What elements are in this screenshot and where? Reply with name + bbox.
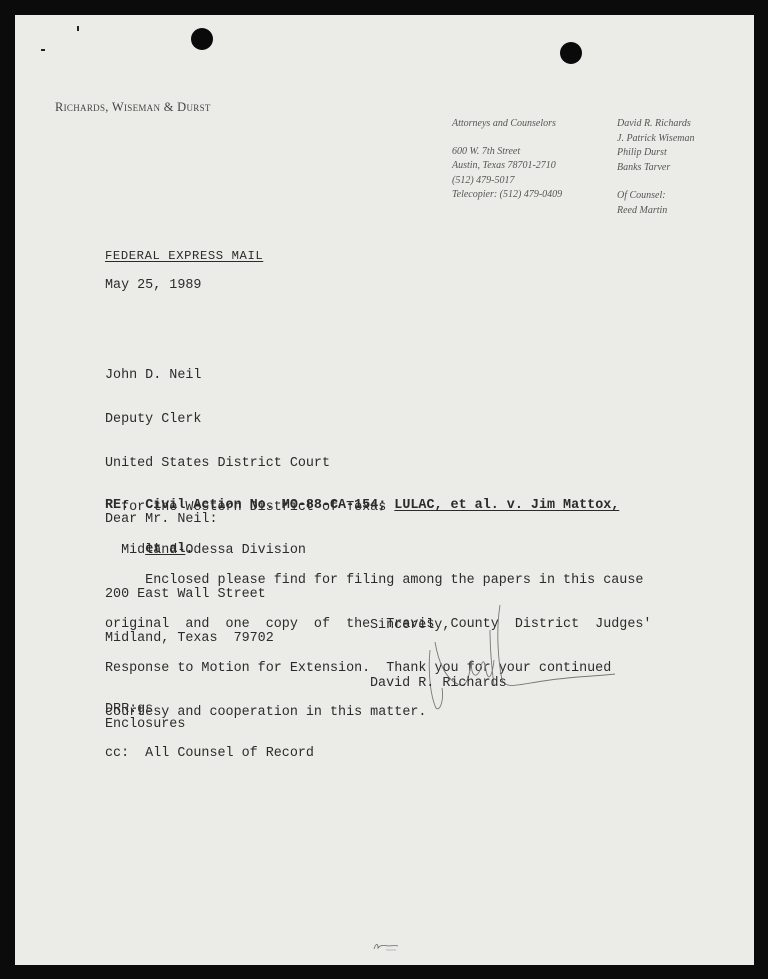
re-label: RE:	[105, 498, 129, 513]
of-counsel-name: Reed Martin	[617, 204, 694, 219]
letter-date: May 25, 1989	[105, 279, 201, 294]
punch-hole	[191, 28, 213, 50]
telecopier: Telecopier: (512) 479-0409	[452, 188, 562, 203]
partner-name: Philip Durst	[617, 146, 694, 161]
punch-hole	[560, 42, 582, 64]
handwritten-signature	[410, 600, 630, 720]
partners-block: David R. Richards J. Patrick Wiseman Phi…	[617, 117, 694, 218]
recipient-line: Deputy Clerk	[105, 413, 386, 428]
address-line: 600 W. 7th Street	[452, 145, 562, 160]
partner-name: Banks Tarver	[617, 161, 694, 176]
partner-name: David R. Richards	[617, 117, 694, 132]
firm-tagline: Attorneys and Counselors	[452, 117, 562, 132]
re-case-number: Civil Action No. MO-88-CA-154;	[145, 498, 394, 513]
of-counsel-label: Of Counsel:	[617, 189, 694, 204]
archive-stamp-mark	[372, 941, 400, 953]
cc-line: cc: All Counsel of Record	[105, 747, 314, 762]
recipient-line: John D. Neil	[105, 369, 386, 384]
letter-page: Richards, Wiseman & Durst Attorneys and …	[15, 15, 754, 965]
partner-name: J. Patrick Wiseman	[617, 132, 694, 147]
firm-name: Richards, Wiseman & Durst	[55, 100, 211, 115]
speck	[77, 26, 79, 31]
re-case-name: LULAC, et al. v. Jim Mattox,	[394, 498, 619, 513]
body-line: Enclosed please find for filing among th…	[105, 574, 651, 589]
phone: (512) 479-5017	[452, 174, 562, 189]
signer-name: David R. Richards	[370, 677, 507, 692]
firm-contact-block: Attorneys and Counselors 600 W. 7th Stre…	[452, 117, 562, 203]
salutation: Dear Mr. Neil:	[105, 513, 218, 528]
typist-initials: DRR:gs	[105, 703, 153, 718]
speck	[41, 49, 45, 51]
address-line: Austin, Texas 78701-2710	[452, 159, 562, 174]
enclosures-note: Enclosures	[105, 718, 185, 733]
delivery-method: FEDERAL EXPRESS MAIL	[105, 249, 263, 264]
